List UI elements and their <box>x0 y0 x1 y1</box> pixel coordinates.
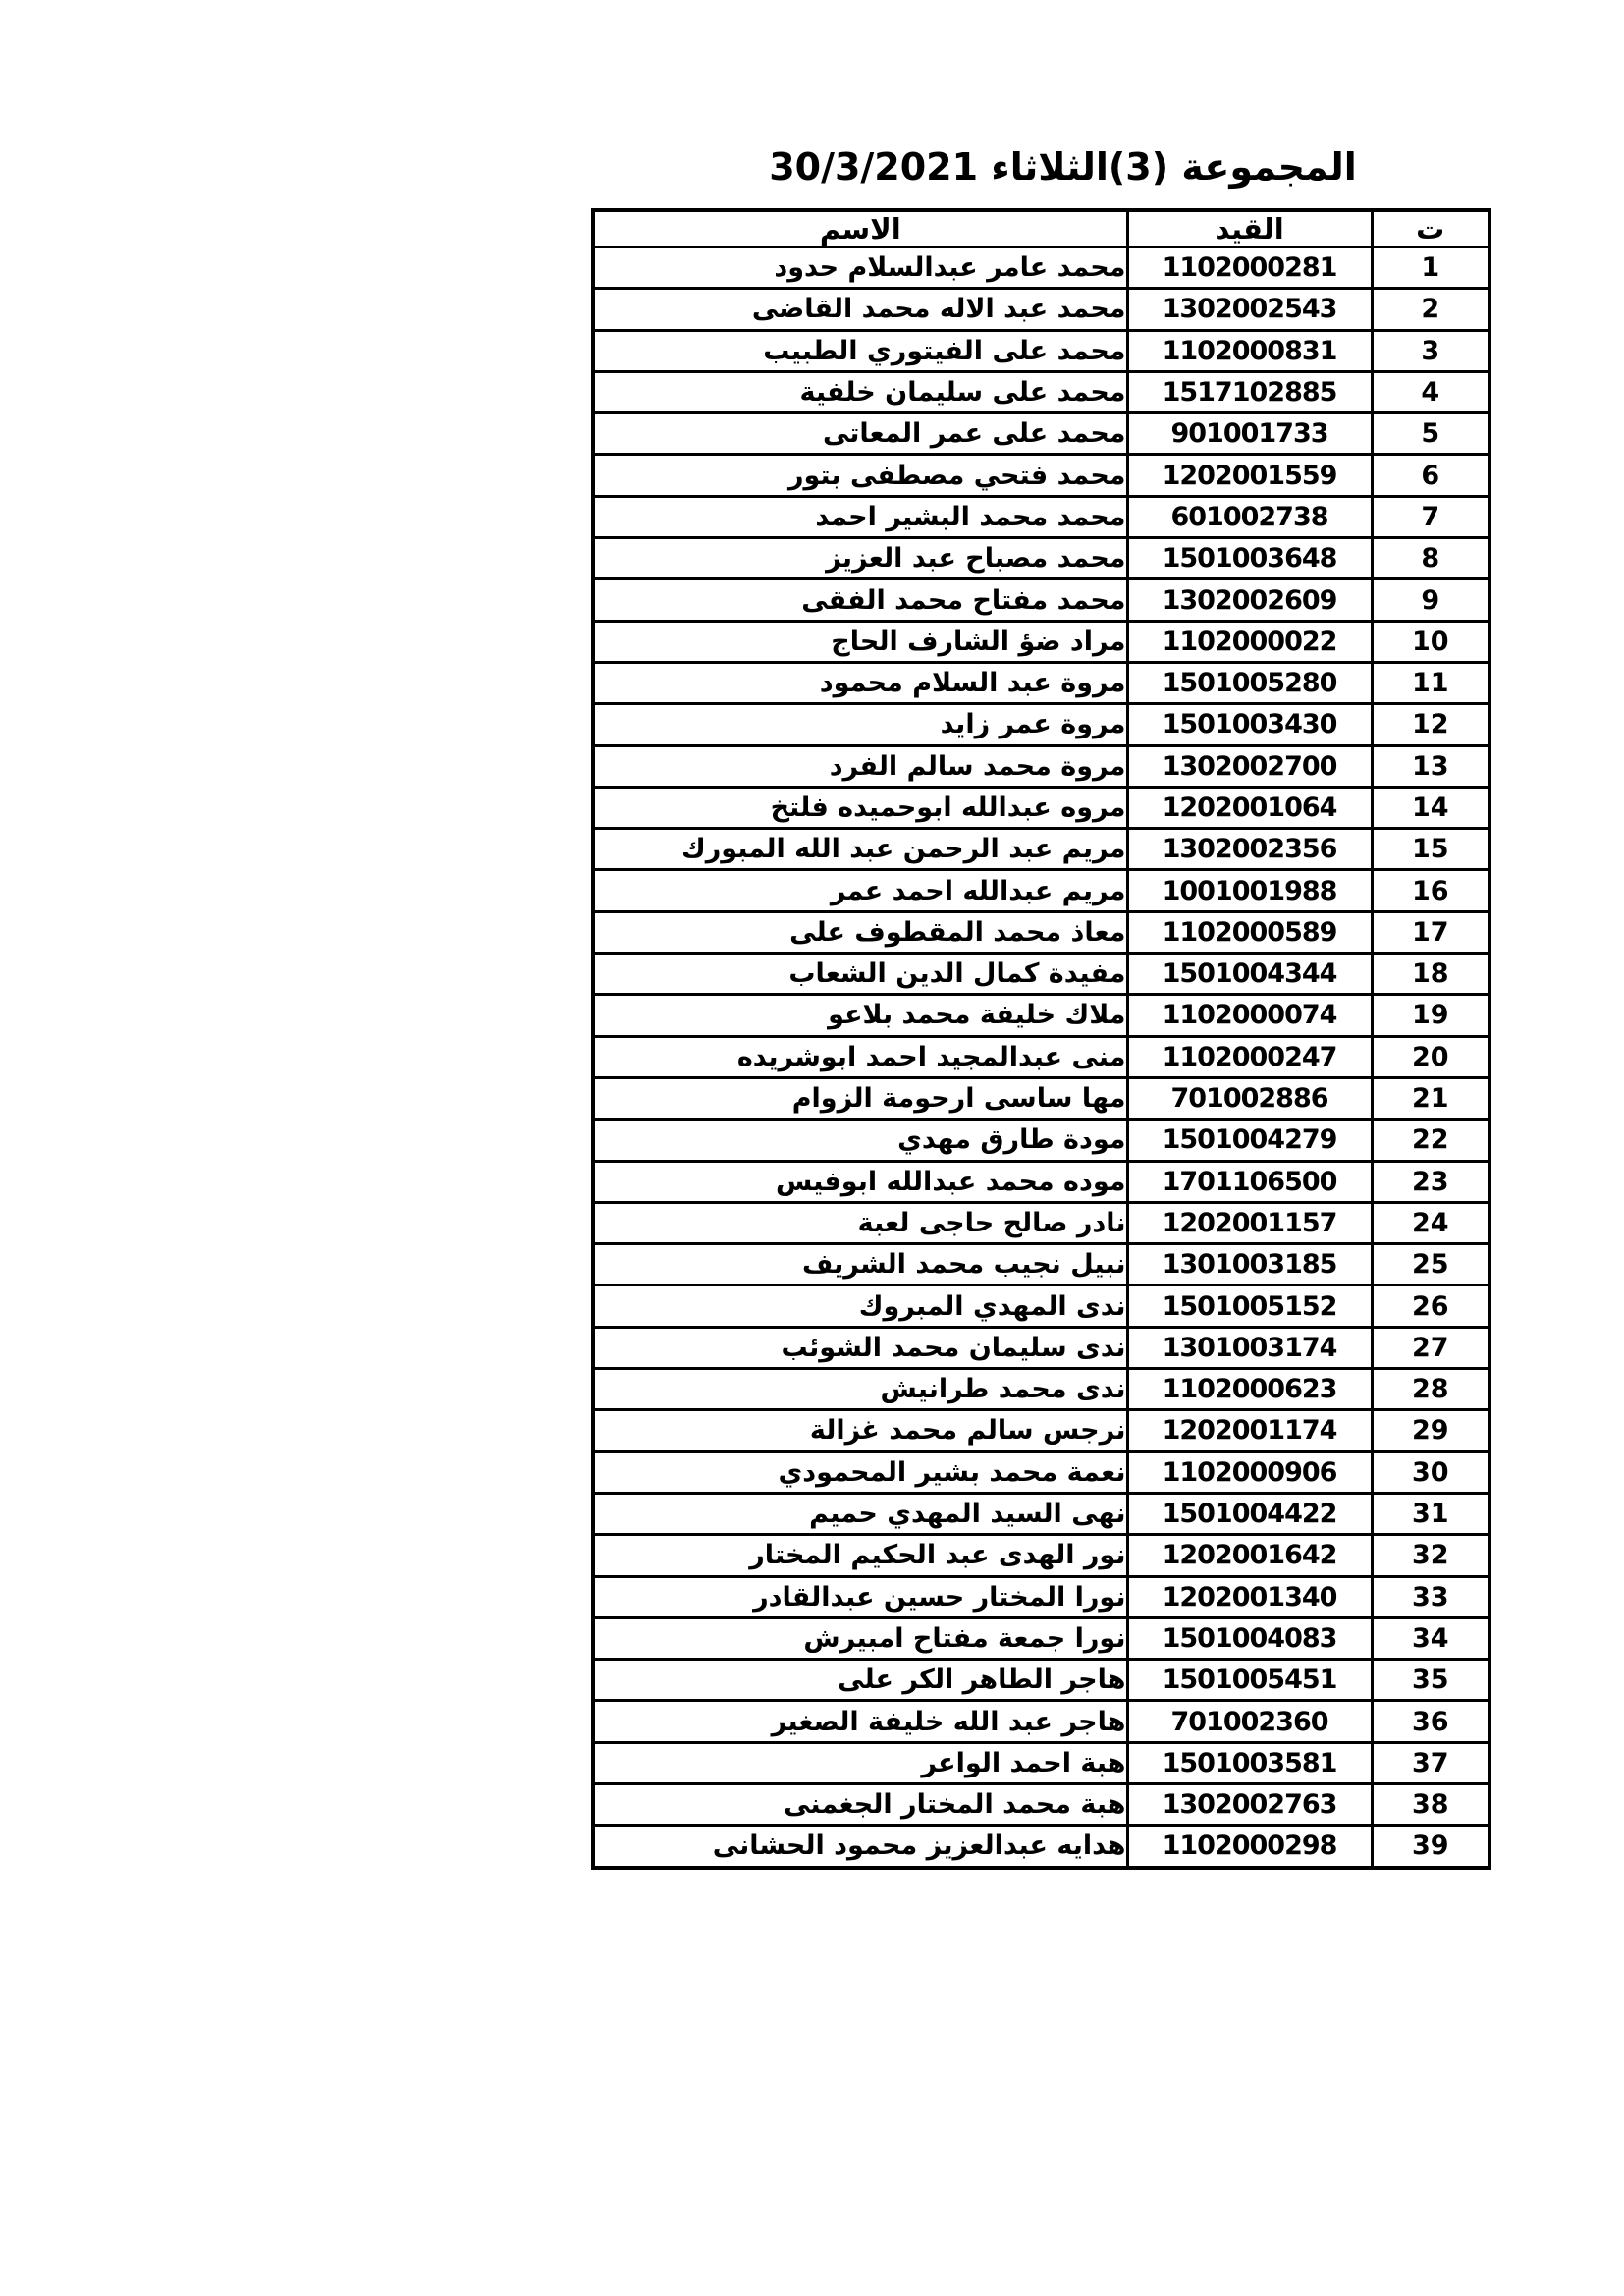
row-index: 29 <box>1372 1410 1489 1451</box>
row-name: محمد فتحي مصطفى بتور <box>593 455 1127 496</box>
row-name: محمد مصباح عبد العزيز <box>593 538 1127 579</box>
table-row: 381302002763هبة محمد المختار الجغمنى <box>593 1783 1489 1825</box>
row-index: 19 <box>1372 995 1489 1036</box>
row-registration: 1501005280 <box>1127 662 1372 703</box>
row-name: ندى محمد طرانيش <box>593 1369 1127 1410</box>
row-name: مراد ضؤ الشارف الحاج <box>593 621 1127 662</box>
row-registration: 1302002356 <box>1127 829 1372 870</box>
row-index: 30 <box>1372 1451 1489 1493</box>
row-name: مروة عمر زايد <box>593 704 1127 745</box>
row-registration: 1517102885 <box>1127 371 1372 412</box>
row-registration: 701002360 <box>1127 1701 1372 1742</box>
row-index: 38 <box>1372 1783 1489 1825</box>
row-registration: 1202001642 <box>1127 1535 1372 1576</box>
table-row: 311501004422نهى السيد المهدي حميم <box>593 1493 1489 1534</box>
table-row: 351501005451هاجر الطاهر الكر على <box>593 1660 1489 1701</box>
row-name: نور الهدى عبد الحكيم المختار <box>593 1535 1127 1576</box>
roster-table-body: 11102000281محمد عامر عبدالسلام حدود21302… <box>593 247 1489 1868</box>
row-registration: 1302002609 <box>1127 579 1372 621</box>
row-name: ندى سليمان محمد الشوئب <box>593 1327 1127 1368</box>
row-index: 25 <box>1372 1244 1489 1285</box>
row-registration: 1102000906 <box>1127 1451 1372 1493</box>
table-row: 101102000022مراد ضؤ الشارف الحاج <box>593 621 1489 662</box>
table-row: 271301003174ندى سليمان محمد الشوئب <box>593 1327 1489 1368</box>
table-row: 36701002360هاجر عبد الله خليفة الصغير <box>593 1701 1489 1742</box>
row-registration: 1701106500 <box>1127 1161 1372 1202</box>
row-name: مروة عبد السلام محمود <box>593 662 1127 703</box>
table-row: 261501005152ندى المهدي المبروك <box>593 1285 1489 1327</box>
row-name: مودة طارق مهدي <box>593 1120 1127 1161</box>
row-name: هاجر عبد الله خليفة الصغير <box>593 1701 1127 1742</box>
row-name: محمد عامر عبدالسلام حدود <box>593 247 1127 289</box>
row-index: 31 <box>1372 1493 1489 1534</box>
row-index: 28 <box>1372 1369 1489 1410</box>
row-name: محمد على عمر المعاتى <box>593 413 1127 455</box>
row-name: هدايه عبدالعزيز محمود الحشانى <box>593 1826 1127 1868</box>
row-name: موده محمد عبدالله ابوفيس <box>593 1161 1127 1202</box>
table-row: 131302002700مروة محمد سالم الفرد <box>593 745 1489 787</box>
row-name: محمد مفتاح محمد الفقى <box>593 579 1127 621</box>
row-registration: 601002738 <box>1127 496 1372 537</box>
row-registration: 1102000022 <box>1127 621 1372 662</box>
row-name: نادر صالح حاجى لعبة <box>593 1202 1127 1243</box>
row-registration: 1202001174 <box>1127 1410 1372 1451</box>
row-index: 8 <box>1372 538 1489 579</box>
table-row: 321202001642نور الهدى عبد الحكيم المختار <box>593 1535 1489 1576</box>
table-row: 191102000074ملاك خليفة محمد بلاعو <box>593 995 1489 1036</box>
row-registration: 1202001559 <box>1127 455 1372 496</box>
row-index: 9 <box>1372 579 1489 621</box>
row-index: 22 <box>1372 1120 1489 1161</box>
row-registration: 1501003430 <box>1127 704 1372 745</box>
row-name: مريم عبد الرحمن عبد الله المبورك <box>593 829 1127 870</box>
row-index: 17 <box>1372 911 1489 953</box>
table-row: 241202001157نادر صالح حاجى لعبة <box>593 1202 1489 1243</box>
row-name: نهى السيد المهدي حميم <box>593 1493 1127 1534</box>
row-registration: 1102000589 <box>1127 911 1372 953</box>
row-registration: 1202001157 <box>1127 1202 1372 1243</box>
row-index: 12 <box>1372 704 1489 745</box>
row-registration: 1302002700 <box>1127 745 1372 787</box>
row-registration: 1301003185 <box>1127 1244 1372 1285</box>
row-name: هاجر الطاهر الكر على <box>593 1660 1127 1701</box>
row-registration: 1501004344 <box>1127 954 1372 995</box>
table-row: 7601002738محمد محمد البشير احمد <box>593 496 1489 537</box>
roster-table: ت القيد الاسم 11102000281محمد عامر عبدال… <box>591 208 1491 1870</box>
row-index: 6 <box>1372 455 1489 496</box>
row-name: مفيدة كمال الدين الشعاب <box>593 954 1127 995</box>
row-registration: 1102000281 <box>1127 247 1372 289</box>
document-page: المجموعة (3)الثلاثاء 30/3/2021 ت القيد ا… <box>0 0 1624 2296</box>
table-row: 141202001064مروه عبدالله ابوحميده فلتخ <box>593 787 1489 828</box>
row-index: 35 <box>1372 1660 1489 1701</box>
header-row: ت القيد الاسم <box>593 210 1489 247</box>
row-index: 3 <box>1372 330 1489 371</box>
roster-table-header: ت القيد الاسم <box>593 210 1489 247</box>
row-name: محمد على سليمان خلفية <box>593 371 1127 412</box>
table-row: 11102000281محمد عامر عبدالسلام حدود <box>593 247 1489 289</box>
table-row: 391102000298هدايه عبدالعزيز محمود الحشان… <box>593 1826 1489 1868</box>
row-index: 11 <box>1372 662 1489 703</box>
row-index: 4 <box>1372 371 1489 412</box>
row-index: 5 <box>1372 413 1489 455</box>
row-index: 39 <box>1372 1826 1489 1868</box>
row-registration: 1501005451 <box>1127 1660 1372 1701</box>
row-index: 7 <box>1372 496 1489 537</box>
row-name: معاذ محمد المقطوف على <box>593 911 1127 953</box>
table-row: 41517102885محمد على سليمان خلفية <box>593 371 1489 412</box>
table-row: 291202001174نرجس سالم محمد غزالة <box>593 1410 1489 1451</box>
row-registration: 1202001340 <box>1127 1576 1372 1617</box>
table-row: 281102000623ندى محمد طرانيش <box>593 1369 1489 1410</box>
table-row: 171102000589معاذ محمد المقطوف على <box>593 911 1489 953</box>
row-index: 20 <box>1372 1036 1489 1077</box>
row-registration: 1102000623 <box>1127 1369 1372 1410</box>
table-row: 91302002609محمد مفتاح محمد الفقى <box>593 579 1489 621</box>
row-registration: 1102000074 <box>1127 995 1372 1036</box>
table-row: 81501003648محمد مصباح عبد العزيز <box>593 538 1489 579</box>
row-name: محمد محمد البشير احمد <box>593 496 1127 537</box>
table-row: 181501004344مفيدة كمال الدين الشعاب <box>593 954 1489 995</box>
row-registration: 1501004422 <box>1127 1493 1372 1534</box>
table-row: 371501003581هبة احمد الواعر <box>593 1742 1489 1783</box>
table-row: 301102000906نعمة محمد بشير المحمودي <box>593 1451 1489 1493</box>
table-row: 231701106500موده محمد عبدالله ابوفيس <box>593 1161 1489 1202</box>
row-registration: 1202001064 <box>1127 787 1372 828</box>
row-name: محمد على الفيتوري الطبيب <box>593 330 1127 371</box>
row-registration: 1302002543 <box>1127 289 1372 330</box>
table-row: 61202001559محمد فتحي مصطفى بتور <box>593 455 1489 496</box>
table-row: 331202001340نورا المختار حسين عبدالقادر <box>593 1576 1489 1617</box>
row-name: مروه عبدالله ابوحميده فلتخ <box>593 787 1127 828</box>
row-index: 34 <box>1372 1617 1489 1659</box>
row-registration: 1302002763 <box>1127 1783 1372 1825</box>
row-index: 13 <box>1372 745 1489 787</box>
row-name: نعمة محمد بشير المحمودي <box>593 1451 1127 1493</box>
header-registration-cell: القيد <box>1127 210 1372 247</box>
table-row: 21701002886مها ساسى ارحومة الزوام <box>593 1077 1489 1119</box>
row-registration: 901001733 <box>1127 413 1372 455</box>
row-name: نرجس سالم محمد غزالة <box>593 1410 1127 1451</box>
row-registration: 1501003648 <box>1127 538 1372 579</box>
row-name: نورا جمعة مفتاح امبيرش <box>593 1617 1127 1659</box>
row-registration: 701002886 <box>1127 1077 1372 1119</box>
row-index: 23 <box>1372 1161 1489 1202</box>
row-index: 32 <box>1372 1535 1489 1576</box>
row-index: 2 <box>1372 289 1489 330</box>
row-registration: 1102000831 <box>1127 330 1372 371</box>
table-row: 111501005280مروة عبد السلام محمود <box>593 662 1489 703</box>
row-name: مها ساسى ارحومة الزوام <box>593 1077 1127 1119</box>
table-row: 5901001733محمد على عمر المعاتى <box>593 413 1489 455</box>
table-row: 21302002543محمد عبد الاله محمد القاضى <box>593 289 1489 330</box>
table-row: 341501004083نورا جمعة مفتاح امبيرش <box>593 1617 1489 1659</box>
row-registration: 1301003174 <box>1127 1327 1372 1368</box>
table-row: 121501003430مروة عمر زايد <box>593 704 1489 745</box>
row-name: مريم عبدالله احمد عمر <box>593 870 1127 911</box>
table-row: 251301003185نبيل نجيب محمد الشريف <box>593 1244 1489 1285</box>
row-name: ندى المهدي المبروك <box>593 1285 1127 1327</box>
row-registration: 1102000298 <box>1127 1826 1372 1868</box>
row-registration: 1001001988 <box>1127 870 1372 911</box>
row-index: 16 <box>1372 870 1489 911</box>
row-name: هبة محمد المختار الجغمنى <box>593 1783 1127 1825</box>
row-index: 33 <box>1372 1576 1489 1617</box>
row-registration: 1501005152 <box>1127 1285 1372 1327</box>
page-title: المجموعة (3)الثلاثاء 30/3/2021 <box>615 145 1511 191</box>
row-index: 36 <box>1372 1701 1489 1742</box>
row-registration: 1501004279 <box>1127 1120 1372 1161</box>
header-index-cell: ت <box>1372 210 1489 247</box>
row-registration: 1501004083 <box>1127 1617 1372 1659</box>
row-name: محمد عبد الاله محمد القاضى <box>593 289 1127 330</box>
table-row: 31102000831محمد على الفيتوري الطبيب <box>593 330 1489 371</box>
row-registration: 1102000247 <box>1127 1036 1372 1077</box>
row-index: 26 <box>1372 1285 1489 1327</box>
row-index: 37 <box>1372 1742 1489 1783</box>
row-index: 15 <box>1372 829 1489 870</box>
table-row: 161001001988مريم عبدالله احمد عمر <box>593 870 1489 911</box>
table-row: 221501004279مودة طارق مهدي <box>593 1120 1489 1161</box>
row-index: 14 <box>1372 787 1489 828</box>
row-index: 21 <box>1372 1077 1489 1119</box>
table-row: 151302002356مريم عبد الرحمن عبد الله الم… <box>593 829 1489 870</box>
row-name: هبة احمد الواعر <box>593 1742 1127 1783</box>
row-index: 18 <box>1372 954 1489 995</box>
row-name: مروة محمد سالم الفرد <box>593 745 1127 787</box>
row-index: 10 <box>1372 621 1489 662</box>
row-name: منى عبدالمجيد احمد ابوشريده <box>593 1036 1127 1077</box>
row-registration: 1501003581 <box>1127 1742 1372 1783</box>
row-index: 1 <box>1372 247 1489 289</box>
row-name: نورا المختار حسين عبدالقادر <box>593 1576 1127 1617</box>
row-index: 24 <box>1372 1202 1489 1243</box>
table-row: 201102000247منى عبدالمجيد احمد ابوشريده <box>593 1036 1489 1077</box>
row-index: 27 <box>1372 1327 1489 1368</box>
header-name-cell: الاسم <box>593 210 1127 247</box>
row-name: نبيل نجيب محمد الشريف <box>593 1244 1127 1285</box>
row-name: ملاك خليفة محمد بلاعو <box>593 995 1127 1036</box>
